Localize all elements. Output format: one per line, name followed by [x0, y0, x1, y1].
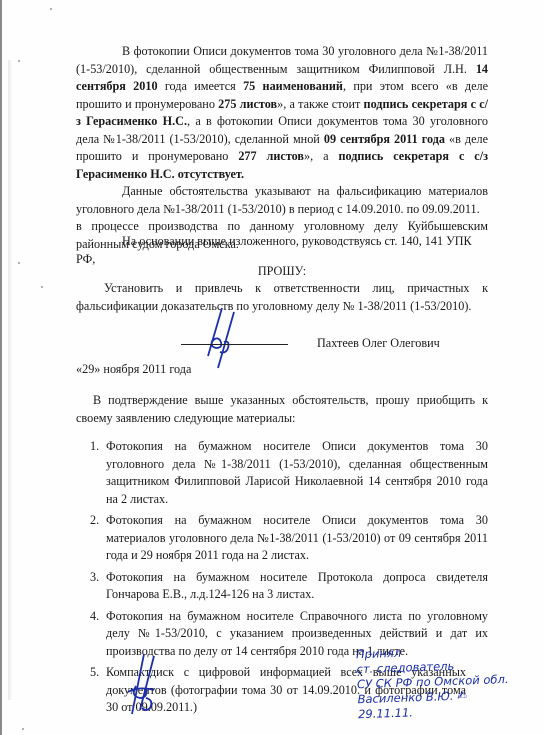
- scan-speck: [41, 286, 43, 288]
- item-text: Фотокопия на бумажном носителе Описи док…: [106, 439, 488, 506]
- item-number: 5.: [90, 664, 99, 682]
- handwritten-receipt-note: Принял ст. следователь СУ СК РФ по Омско…: [356, 641, 544, 722]
- request-body: Установить и привлечь к ответственности …: [76, 280, 488, 315]
- scan-speck: [18, 262, 20, 264]
- paragraph-facts: В фотокопии Описи документов тома 30 уго…: [76, 43, 488, 253]
- attachments-intro-text: В подтверждение выше указанных обстоятел…: [76, 392, 488, 427]
- item-number: 1.: [90, 438, 99, 456]
- scan-speck: [50, 8, 52, 10]
- text-segment: В фотокопии Описи документов тома 30 уго…: [76, 44, 488, 76]
- text-segment: », а также стоит: [277, 97, 363, 111]
- text-segment: », а: [304, 149, 338, 163]
- item-text: Фотокопия на бумажном носителе Описи док…: [106, 513, 488, 562]
- scan-speck: [18, 60, 20, 62]
- signature-line: [181, 344, 288, 345]
- emphasized-text: 275 листов: [218, 97, 277, 111]
- emphasized-text: 75 наименований: [243, 79, 343, 93]
- request-heading: ПРОШУ:: [76, 263, 488, 281]
- signer-name: Пахтеев Олег Олегович: [317, 336, 440, 351]
- attachments-intro: В подтверждение выше указанных обстоятел…: [76, 392, 488, 427]
- attachment-item: 1.Фотокопия на бумажном носителе Описи д…: [90, 438, 488, 508]
- initials-signature-icon: ✍: [457, 688, 467, 702]
- emphasized-text: 277 листов: [238, 149, 304, 163]
- item-text: Фотокопия на бумажном носителе Протокола…: [106, 570, 488, 602]
- document-date: «29» ноября 2011 года: [76, 362, 191, 377]
- scan-edge: [0, 0, 2, 735]
- scan-shadow: [8, 60, 12, 700]
- item-number: 2.: [90, 512, 99, 530]
- document-page: В фотокопии Описи документов тома 30 уго…: [0, 0, 544, 735]
- attachment-item: 3.Фотокопия на бумажном носителе Протоко…: [90, 569, 488, 604]
- signature-applicant-icon: [196, 306, 246, 378]
- scan-speck: [22, 728, 24, 730]
- paragraph-1: В фотокопии Описи документов тома 30 уго…: [76, 43, 488, 183]
- attachment-item: 2.Фотокопия на бумажном носителе Описи д…: [90, 512, 488, 565]
- paragraph-2: Данные обстоятельства указывают на фальс…: [76, 183, 488, 218]
- item-number: 4.: [90, 608, 99, 626]
- text-segment: года имеется: [158, 79, 244, 93]
- signature-bottom-icon: [122, 652, 162, 722]
- item-number: 3.: [90, 569, 99, 587]
- request-text: Установить и привлечь к ответственности …: [76, 280, 488, 315]
- emphasized-text: 09 сентября 2011 года: [324, 132, 445, 146]
